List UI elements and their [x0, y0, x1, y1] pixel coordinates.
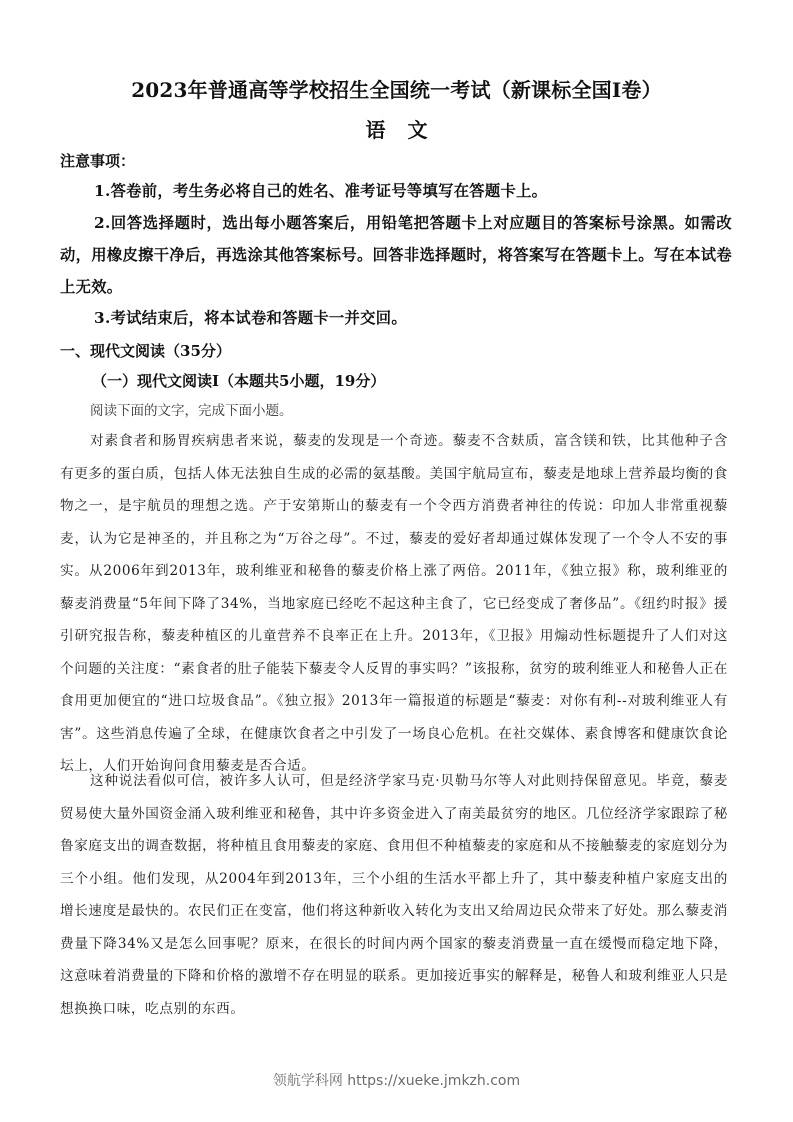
exam-title: 2023年普通高等学校招生全国统一考试（新课标全国Ⅰ卷）	[0, 74, 793, 103]
notice-heading: 注意事项：	[60, 150, 135, 171]
subsection-heading: （一）现代文阅读Ⅰ（本题共5小题，19分）	[92, 370, 385, 391]
notice-item-2: 2.回答选择题时，选出每小题答案后，用铅笔把答题卡上对应题目的答案标号涂黑。如需…	[60, 207, 732, 303]
exam-page: 2023年普通高等学校招生全国统一考试（新课标全国Ⅰ卷） 语文 注意事项： 1.…	[0, 0, 793, 1122]
notice-item-1: 1.答卷前，考生务必将自己的姓名、准考证号等填写在答题卡上。	[60, 175, 732, 207]
section-heading: 一、现代文阅读（35分）	[60, 340, 231, 361]
passage-paragraph-1: 对素食者和肠胃疾病患者来说，藜麦的发现是一个奇迹。藜麦不含麸质，富含镁和铁，比其…	[60, 425, 728, 783]
passage-paragraph-2: 这种说法看似可信，被许多人认可，但是经济学家马克·贝勒马尔等人对此则持保留意见。…	[60, 765, 728, 1025]
subject-title: 语文	[0, 114, 793, 143]
footer-watermark: 领航学科网 https://xueke.jmkzh.com	[0, 1070, 793, 1090]
notice-item-3: 3.考试结束后，将本试卷和答题卡一并交回。	[60, 302, 732, 334]
reading-instruction: 阅读下面的文字，完成下面小题。	[90, 399, 293, 419]
